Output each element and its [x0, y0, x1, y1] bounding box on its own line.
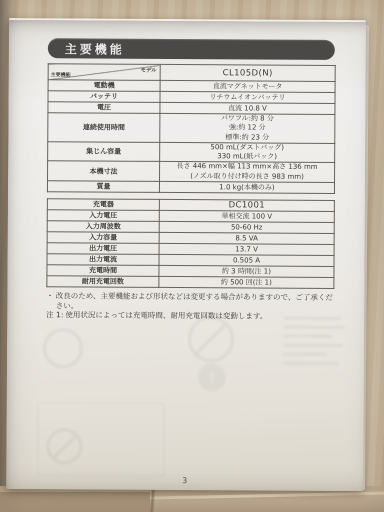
row-value: 1.0 kg(本機のみ) — [159, 182, 334, 194]
table-row: 耐用充電回数 約 500 回(注 1) — [47, 276, 334, 289]
row-label: 入力電圧 — [47, 210, 159, 222]
table-row: 本機寸法 長さ 446 mm×幅 113 mm×高さ 136 mm (ノズル取り… — [48, 161, 335, 182]
row-label: 質量 — [47, 181, 159, 193]
row-label: 電動機 — [48, 80, 160, 92]
row-label: 耐用充電回数 — [47, 276, 159, 288]
show-through-prohibition-icon — [46, 428, 82, 464]
row-value: パワフル:約 8 分 強:約 12 分 標準:約 23 分 — [160, 113, 335, 143]
bullet-marker: ・ — [46, 291, 56, 310]
tile-shadow-patch — [0, 492, 150, 512]
manual-page: ! 主要機能 モデル 主要機能 CL105D(N) 電動機 — [6, 18, 366, 491]
page-number: 3 — [6, 475, 363, 486]
section-title: 主要機能 — [48, 40, 125, 57]
show-through-prohibition-icon — [188, 316, 234, 362]
row-label: 本機寸法 — [48, 161, 160, 181]
row-label: 出力電圧 — [47, 243, 159, 255]
spec-table-header-row: モデル 主要機能 CL105D(N) — [48, 64, 335, 82]
feature-axis-label: 主要機能 — [51, 71, 71, 78]
footnotes: ・ 改良のため、主要機能および形状などは変更する場合がありますので、ご了承くださ… — [46, 291, 333, 322]
show-through-circle — [43, 328, 83, 368]
value-line: (ノズル取り付け時の長さ 983 mm) — [160, 172, 334, 182]
note-1: 注 1: 使用状況によっては充電時間、耐用充電回数は変動します。 — [46, 310, 333, 321]
row-label: バッテリ — [48, 91, 160, 103]
model-number: CL105D(N) — [160, 64, 335, 81]
show-through-frame — [37, 402, 164, 477]
table-row: 連続使用時間 パワフル:約 8 分 強:約 12 分 標準:約 23 分 — [48, 113, 335, 144]
row-label: 集じん容量 — [48, 142, 160, 162]
show-through-alert-icon: ! — [198, 363, 226, 391]
table-row: 集じん容量 500 mL(ダストバッグ) 330 mL(紙パック) — [48, 142, 335, 163]
note-text: 改良のため、主要機能および形状などは変更する場合がありますので、ご了承ください。 — [56, 291, 334, 312]
row-label: 充電時間 — [47, 265, 159, 277]
table-row: 質量 1.0 kg(本機のみ) — [47, 181, 334, 194]
row-value: 約 500 回(注 1) — [159, 276, 334, 288]
row-label: 充電器 — [47, 199, 159, 211]
note-text: 使用状況によっては充電時間、耐用充電回数は変動します。 — [65, 311, 333, 322]
row-label: 出力電流 — [47, 254, 159, 266]
row-value: 500 mL(ダストバッグ) 330 mL(紙パック) — [160, 142, 335, 163]
spec-table: モデル 主要機能 CL105D(N) 電動機 直流マグネットモータ バッテリ リ… — [47, 63, 336, 194]
charger-table: 充電器 DC1001 入力電圧 単相交流 100 V 入力周波数 50-60 H… — [46, 198, 335, 289]
row-label: 連続使用時間 — [48, 113, 160, 143]
section-title-bar: 主要機能 — [48, 38, 335, 60]
value-line: 330 mL(紙パック) — [160, 152, 334, 162]
revision-note: ・ 改良のため、主要機能および形状などは変更する場合がありますので、ご了承くださ… — [46, 291, 333, 312]
spec-table-corner-cell: モデル 主要機能 — [48, 64, 160, 81]
value-line: 長さ 446 mm×幅 113 mm×高さ 136 mm — [160, 162, 334, 172]
row-label: 電圧 — [48, 102, 160, 114]
note-1-marker: 注 1: — [46, 310, 65, 320]
manual-page-photo: ! 主要機能 モデル 主要機能 CL105D(N) 電動機 — [0, 0, 384, 512]
show-through-text-lines — [283, 317, 348, 422]
model-axis-label: モデル — [140, 66, 156, 74]
row-label: 入力容量 — [47, 232, 159, 244]
page-content: 主要機能 モデル 主要機能 CL105D(N) 電動機 直流マグネットモータ バ… — [46, 20, 335, 322]
row-value: 長さ 446 mm×幅 113 mm×高さ 136 mm (ノズル取り付け時の長… — [160, 162, 335, 183]
value-line: 標準:約 23 分 — [160, 133, 334, 143]
row-label: 入力周波数 — [47, 221, 159, 233]
